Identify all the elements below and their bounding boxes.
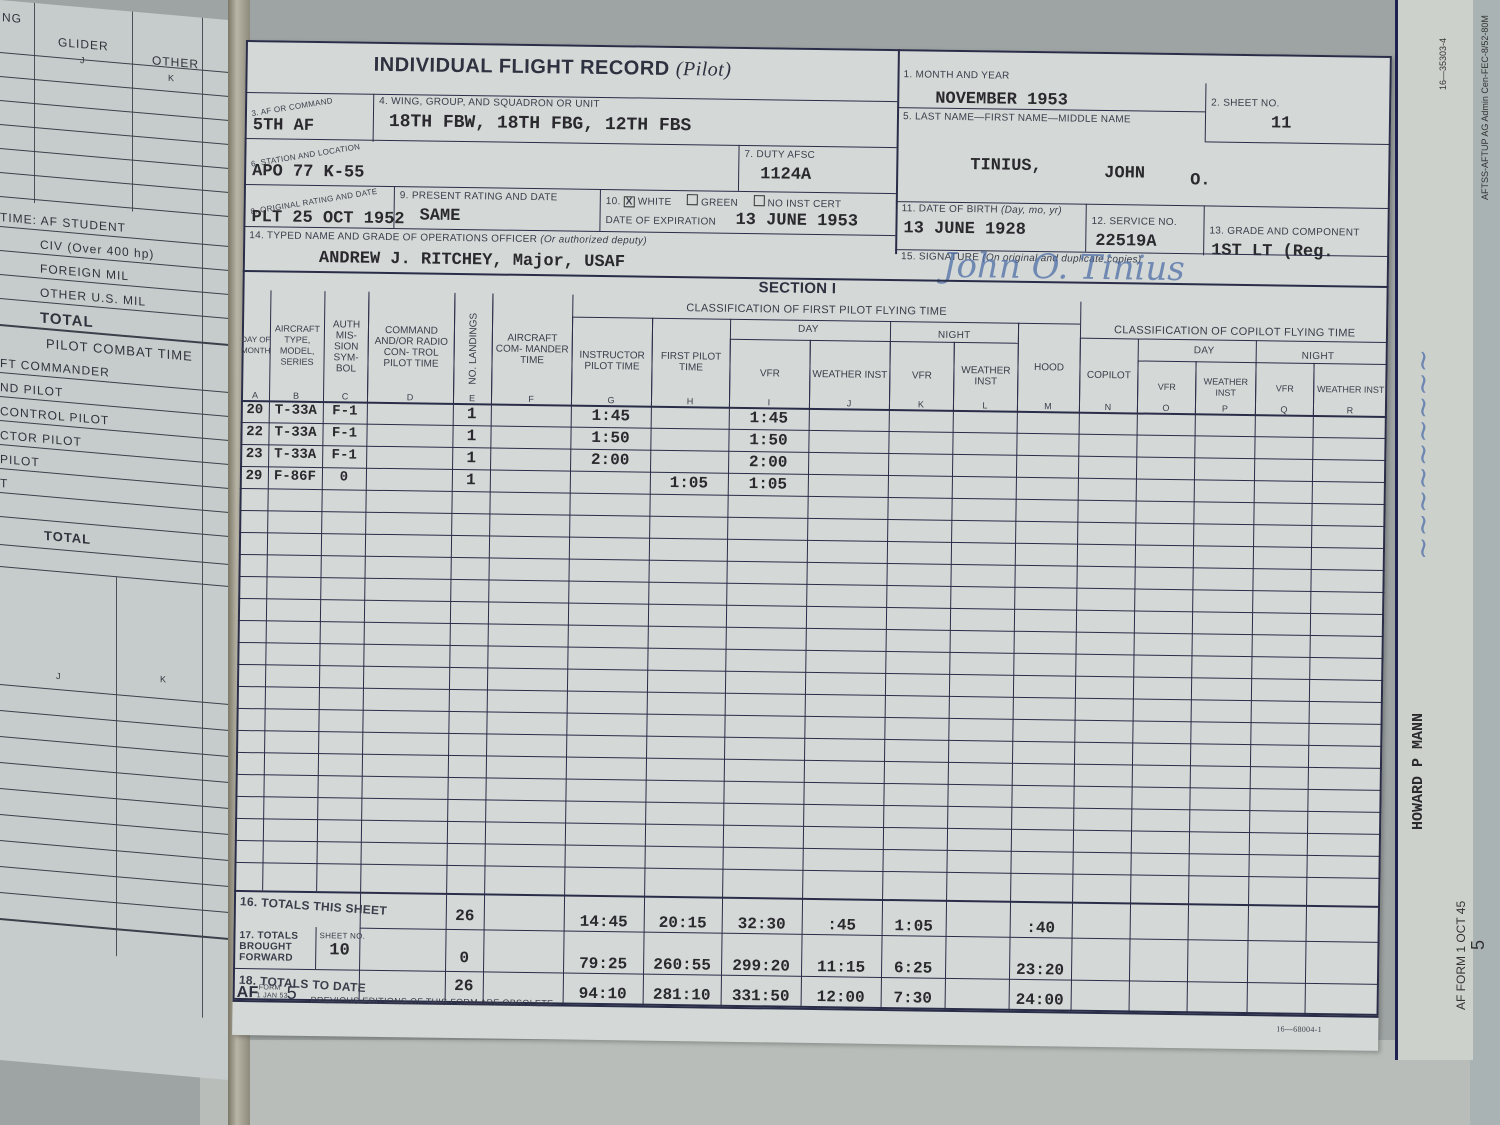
expiration-label: DATE OF EXPIRATION <box>605 215 716 228</box>
total-day-vfr: 299:20 <box>721 957 801 976</box>
total-night-vfr: 7:30 <box>881 989 945 1008</box>
left-col-letter: J <box>56 671 62 681</box>
left-col-glider: GLIDER <box>58 35 109 53</box>
cell-mission: F-1 <box>322 425 366 442</box>
total-hood: :40 <box>1010 919 1072 938</box>
name-middle: O. <box>1190 171 1211 190</box>
cell-day: 20 <box>241 402 269 418</box>
left-combat-row: PILOT <box>0 452 40 469</box>
dob-label-suffix: (Day, mo, yr) <box>1001 205 1062 217</box>
checkbox-green[interactable] <box>687 194 698 205</box>
col-label: VFR <box>760 368 780 379</box>
cell-landings: 1 <box>452 427 490 446</box>
col-label: INSTRUCTOR PILOT TIME <box>572 350 651 373</box>
cell-instructor-time: 1:50 <box>570 429 650 448</box>
left-row-line <box>0 468 232 489</box>
left-page: NG GLIDER J OTHER K TIME: AF STUDENT CIV… <box>0 0 234 1080</box>
total-first-pilot: 281:10 <box>643 986 721 1005</box>
dob-value: 13 JUNE 1928 <box>903 219 1026 240</box>
expiration-value: 13 JUNE 1953 <box>735 211 858 232</box>
service-no-label: 12. SERVICE NO. <box>1091 216 1177 228</box>
checkbox-green-label: GREEN <box>701 197 738 209</box>
col-label: AIRCRAFT COM- MANDER TIME <box>492 332 571 366</box>
underlying-sheet: 16—35303-4 AFTSS-AFTUP AG Admin Cen-FEC-… <box>1395 0 1473 1060</box>
present-rating-label: 9. PRESENT RATING AND DATE <box>400 190 558 203</box>
cell-landings: 1 <box>452 449 490 468</box>
cell-instructor-time: 1:45 <box>571 407 651 426</box>
under-sheet-printer: AFTSS-AFTUP AG Admin Cen-FEC-8/52-80M <box>1480 15 1490 200</box>
total-hood: 23:20 <box>1009 961 1071 980</box>
under-sheet-code: 16—35303-4 <box>1438 38 1448 90</box>
col-label: AIRCRAFT TYPE, MODEL, SERIES <box>270 323 324 368</box>
total-day-weather: 12:00 <box>801 988 881 1007</box>
total-day-vfr: 331:50 <box>721 987 801 1006</box>
flight-record-form: INDIVIDUAL FLIGHT RECORD (Pilot) 3. AF O… <box>232 40 1392 1051</box>
col-letter: C <box>323 391 367 402</box>
grade-value: 1ST LT (Reg. <box>1211 241 1334 262</box>
footer-form-date: 1 JAN 53 <box>257 992 288 999</box>
left-combat-row: T <box>0 476 8 491</box>
totals-brought-forward-label: 17. TOTALS BROUGHT FORWARD <box>239 930 309 964</box>
col-landings: NO. LANDINGS <box>453 293 493 404</box>
total-instructor: 94:10 <box>563 985 643 1004</box>
col-hood: HOOD <box>1017 323 1080 412</box>
sheet-no-value: 11 <box>1271 114 1292 133</box>
sheet-no-label: 2. SHEET NO. <box>1211 97 1280 109</box>
sheet-no-label-small: SHEET NO. <box>319 931 365 941</box>
cell-day: 29 <box>240 468 268 484</box>
total-first-pilot: 20:15 <box>644 914 722 933</box>
total-night-vfr: 1:05 <box>882 917 946 936</box>
col-label: NO. LANDINGS <box>467 312 479 384</box>
cell-mission: F-1 <box>323 403 367 420</box>
copilot-night-header: NIGHT <box>1302 351 1335 362</box>
total-first-pilot: 260:55 <box>643 956 721 975</box>
dob-label-text: 11. DATE OF BIRTH <box>902 203 998 215</box>
checkbox-white[interactable]: X <box>624 196 635 207</box>
col-label: DAY OF MONTH <box>241 334 271 356</box>
cell-landings: 1 <box>453 405 491 424</box>
left-combat-total: TOTAL <box>44 528 91 547</box>
col-mission-symbol: AUTH MIS- SION SYM- BOL <box>323 291 369 402</box>
month-year-label: 1. MONTH AND YEAR <box>904 69 1010 81</box>
present-rating-value: SAME <box>419 206 460 226</box>
footer-form-af: AF <box>237 984 259 1002</box>
left-row-line <box>0 492 232 513</box>
cell-aircraft: T-33A <box>268 424 322 441</box>
left-time-row: FOREIGN MIL <box>40 261 129 283</box>
col-label: AUTH MIS- SION SYM- BOL <box>324 319 368 375</box>
left-header-fragment: NG <box>2 10 22 26</box>
total-day-weather: 11:15 <box>801 958 881 977</box>
col-label: WEATHER INST <box>812 368 887 380</box>
night-group-header: NIGHT <box>938 330 971 341</box>
grade-label: 13. GRADE AND COMPONENT <box>1209 225 1359 238</box>
copilot-day-header: DAY <box>1194 345 1215 356</box>
col-day-of-month: DAY OF MONTH <box>241 290 271 400</box>
name-first: JOHN <box>1104 164 1145 184</box>
col-label: HOOD <box>1034 362 1064 373</box>
station-value: APO 77 K-55 <box>252 162 364 183</box>
cell-day-vfr: 1:45 <box>729 409 809 428</box>
col-aircraft-commander-time: AIRCRAFT COM- MANDER TIME <box>491 293 573 404</box>
col-label: VFR <box>1158 381 1176 392</box>
col-label: FIRST PILOT TIME <box>652 351 729 374</box>
wing-group-value: 18TH FBW, 18TH FBG, 12TH FBS <box>389 112 692 136</box>
day-group-header: DAY <box>798 324 819 335</box>
cell-mission: F-1 <box>322 447 366 464</box>
cell-instructor-time: 2:00 <box>570 451 650 470</box>
total-day-weather: :45 <box>802 916 882 935</box>
cell-day-vfr: 2:00 <box>728 453 808 472</box>
left-col-letter: K <box>160 674 167 685</box>
total-landings: 26 <box>445 977 483 996</box>
footer-form-number: 5 <box>287 983 298 1004</box>
col-command-pilot-time: COMMAND AND/OR RADIO CON- TROL PILOT TIM… <box>367 292 455 403</box>
cell-day-vfr: 1:05 <box>728 475 808 494</box>
duty-afsc-value: 1124A <box>760 165 811 185</box>
col-label: COMMAND AND/OR RADIO CON- TROL PILOT TIM… <box>368 325 454 370</box>
desk-surface <box>200 1040 1500 1125</box>
col-letter: A <box>241 390 269 400</box>
under-sheet-signature: ~~~~~~~~~ <box>1406 349 1439 560</box>
cell-first-pilot-time: 1:05 <box>650 474 728 493</box>
instrument-card-number: 10. <box>606 196 621 207</box>
col-first-pilot-time: FIRST PILOT TIME <box>651 318 730 407</box>
checkbox-no-inst-cert[interactable] <box>753 195 764 206</box>
left-row-line <box>0 516 232 537</box>
cell-aircraft: T-33A <box>269 402 323 419</box>
cell-day: 23 <box>240 446 268 462</box>
cell-landings: 1 <box>452 471 490 490</box>
section-title: SECTION I <box>758 279 836 297</box>
total-instructor: 79:25 <box>563 955 643 974</box>
total-landings: 0 <box>445 949 483 968</box>
col-letter: E <box>453 393 491 404</box>
total-day-vfr: 32:30 <box>722 915 802 934</box>
cell-day-vfr: 1:50 <box>728 431 808 450</box>
col-instructor-pilot-time: INSTRUCTOR PILOT TIME <box>571 317 652 406</box>
col-label: VFR <box>912 370 932 381</box>
left-col-divider <box>202 18 203 1018</box>
under-sheet-stamp: HOWARD P MANN <box>1410 713 1427 830</box>
total-hood: 24:00 <box>1009 991 1071 1010</box>
col-label: WEATHER INST <box>954 365 1017 388</box>
col-label: VFR <box>1276 383 1294 394</box>
form-title-text: INDIVIDUAL FLIGHT RECORD <box>374 54 670 80</box>
duty-afsc-label: 7. DUTY AFSC <box>744 149 815 161</box>
col-aircraft: AIRCRAFT TYPE, MODEL, SERIES <box>269 290 325 401</box>
form-title-suffix: (Pilot) <box>676 58 732 81</box>
col-label: WEATHER INST <box>1196 376 1255 399</box>
af-command-value: 5TH AF <box>253 116 314 136</box>
left-col-letter: K <box>168 73 175 84</box>
left-row-line <box>0 544 232 565</box>
name-last: TINIUS, <box>970 156 1042 176</box>
total-night-vfr: 6:25 <box>881 959 945 978</box>
cell-aircraft: F-86F <box>268 468 322 485</box>
col-label: WEATHER INST <box>1317 383 1384 395</box>
total-landings: 26 <box>446 907 484 926</box>
footer-form-code: 16—68004-1 <box>1276 1024 1322 1034</box>
footer-obsolete-notice: PREVIOUS EDITIONS OF THIS FORM ARE OBSOL… <box>311 995 557 1008</box>
cell-day: 22 <box>240 424 268 440</box>
under-sheet-form-no: 5 <box>1468 940 1489 950</box>
brought-forward-sheet-no: 10 <box>329 941 350 960</box>
checkbox-white-label: WHITE <box>638 196 672 207</box>
dob-label: 11. DATE OF BIRTH (Day, mo, yr) <box>902 203 1062 216</box>
ops-officer-label-suffix: (Or authorized deputy) <box>540 234 647 246</box>
total-instructor: 14:45 <box>564 913 644 932</box>
cell-mission: 0 <box>322 469 366 486</box>
col-label: COPILOT <box>1087 369 1131 381</box>
checkbox-no-inst-cert-label: NO INST CERT <box>767 198 841 210</box>
left-col-divider <box>116 576 117 956</box>
footer-form-word: FORM <box>259 984 281 991</box>
cell-aircraft: T-33A <box>268 446 322 463</box>
under-sheet-form-label: AF FORM 1 OCT 45 <box>1454 901 1468 1010</box>
